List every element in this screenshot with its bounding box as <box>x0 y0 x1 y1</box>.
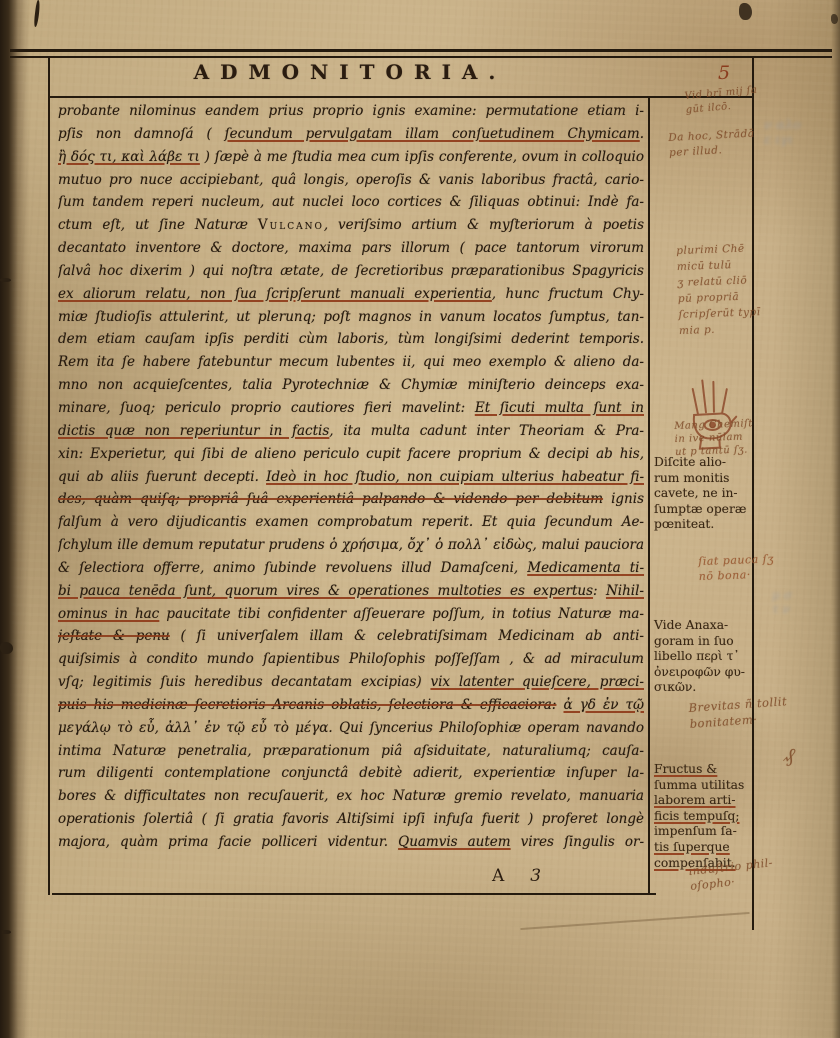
scanned-book-page: ADMONITORIA. 5 probante nilominus eandem… <box>0 0 840 1038</box>
body-line: decantato inventore & doctore, maxima pa… <box>58 237 644 260</box>
printed-margin-note: Vide Anaxa-goram in ſuolibello περὶ τ᾽ὀν… <box>654 618 750 696</box>
body-line: falſum à vero dijudicantis examen compro… <box>58 511 644 534</box>
handwritten-line: ſcripſerūt typī <box>678 304 761 323</box>
handwritten-line: ſiat pauca ſʒ <box>698 551 774 569</box>
handwritten-note: ₰ <box>783 744 796 765</box>
top-rule-outer <box>10 49 832 52</box>
body-line: dictis quæ non reperiuntur in factis, it… <box>58 420 644 443</box>
body-text-segment: majora, quàm prima facie polliceri viden… <box>58 834 398 850</box>
body-line: intima Naturæ penetralia, præparationum … <box>58 740 644 763</box>
body-text-segment: ) ſæpè à me ſtudia mea cum ipſis confere… <box>200 149 644 165</box>
body-text-segment: mutuo pro nuce accipiebant, quâ longis, … <box>58 172 644 188</box>
signature-letter: A <box>492 866 504 886</box>
body-line: ſalvâ hoc dixerim ) qui noſtra ætate, de… <box>58 260 644 283</box>
handwritten-note: Mang Chemiſtin ive nūlamut p tantū ſʒ. <box>674 417 754 459</box>
body-line: puis his medicinæ ſecretioris Arcanis ob… <box>58 694 644 717</box>
body-line: miæ ſtudioſis attulerint, ut plerunq; po… <box>58 306 644 329</box>
margin-note-line: tis ſuperque <box>654 840 750 856</box>
bleedthrough-line: ε ιγι <box>764 133 801 148</box>
body-line: minare, ſuoq; periculo proprio cautiores… <box>58 397 644 420</box>
left-frame-rule <box>48 58 50 895</box>
handwritten-note: Vid brī mij ſagūt ilcō. <box>684 84 759 118</box>
annotated-text: puis his medicinæ ſecretioris Arcanis ob… <box>58 697 556 713</box>
body-text-segment: vſq; legitimis ſuis heredibus decantatam… <box>58 674 430 690</box>
body-text-segment: mno non acquieſcentes, talia Pyrotechniæ… <box>58 377 644 393</box>
handwritten-line: per illud. <box>669 141 756 160</box>
handwritten-note: Da hoc, Strādāper illud. <box>668 126 756 160</box>
margin-note-line: ſumma utilitas <box>654 778 750 794</box>
body-line: majora, quàm prima facie polliceri viden… <box>58 831 644 854</box>
annotated-text: μεγάλῳ τὸ εὖ, ἀλλ᾽ ἐν τῷ εὖ τὸ μέγα. <box>58 720 333 736</box>
annotated-text: ὁ χρήσιμα, ὄχ᾽ ὁ πολλ᾽ εἰδὼς <box>329 537 532 553</box>
edge-mark-3 <box>2 930 11 934</box>
body-text: probante nilominus eandem prius proprio … <box>58 100 644 858</box>
body-text-segment: decantato inventore & doctore, maxima pa… <box>58 240 644 256</box>
annotated-text: ex aliorum relatu, non ſua ſcripſerunt m… <box>58 286 492 302</box>
body-line: bores & difficultates non recuſauerit, e… <box>58 785 644 808</box>
body-text-segment: pſis non damnoſá ( <box>58 126 225 142</box>
body-line: & ſelectiora offerre, animo ſubinde revo… <box>58 557 644 580</box>
body-text-segment: : <box>593 583 606 599</box>
body-text-segment <box>556 697 563 713</box>
body-text-segment: Rem ita ſe habere fatebuntur mecum luben… <box>58 354 644 370</box>
body-text-segment: ſum tandem reperi nucleum, aut nuclei lo… <box>58 194 644 210</box>
body-text-segment: probante nilominus eandem prius proprio … <box>58 103 644 119</box>
bleedthrough-line: μ σ <box>772 588 792 602</box>
body-text-segment: qui ab aliis fuerunt decepti. <box>58 469 266 485</box>
top-rule-inner <box>10 56 832 58</box>
handwritten-line: mia p. <box>679 320 762 339</box>
body-text-segment: rum diligenti contemplatione conjunctâ d… <box>58 765 644 781</box>
body-line: ctum eſt, ut ſine Naturæ Vulcano, veriſs… <box>58 214 644 237</box>
edge-mark-2 <box>0 642 13 654</box>
body-line: μεγάλῳ τὸ εὖ, ἀλλ᾽ ἐν τῷ εὖ τὸ μέγα. Qui… <box>58 717 644 740</box>
annotated-text: ἢ δός τι, καὶ λάβε τι <box>58 149 200 165</box>
body-text-segment: bores & difficultates non recuſauerit, e… <box>58 788 644 804</box>
margin-note-line: ficis tempuſq; <box>654 809 750 825</box>
body-line: ſum tandem reperi nucleum, aut nuclei lo… <box>58 191 644 214</box>
body-text-segment: , malui pauciora <box>533 537 645 553</box>
body-text-segment: , hunc fructum Chy- <box>492 286 644 302</box>
ink-stroke-top-left <box>33 0 40 27</box>
printed-margin-note: Diſcite alio-rum monitiscavete, ne in-ſu… <box>654 455 750 533</box>
bleedthrough-line: τ ν <box>772 602 792 616</box>
ink-blot-top-right <box>739 3 752 20</box>
body-text-segment: ſalvâ hoc dixerim ) qui noſtra ætate, de… <box>58 263 644 279</box>
annotated-text: Medicamenta ti- <box>527 560 644 576</box>
margin-note-line: Vide Anaxa- <box>654 618 750 634</box>
body-line: quiſsimis à condito mundo ſapientibus Ph… <box>58 648 644 671</box>
body-text-segment: dem etiam cauſam ipſis perditi cùm labor… <box>58 331 644 347</box>
body-line: mutuo pro nuce accipiebant, quâ longis, … <box>58 169 644 192</box>
page-number: 5 <box>718 62 730 84</box>
edge-mark-1 <box>0 278 11 282</box>
margin-note-line: cavete, ne in- <box>654 486 750 502</box>
margin-note-line: σικῶν. <box>654 680 750 696</box>
signature-mark: A3 <box>492 866 541 886</box>
handwritten-note: ſiat pauca ſʒnō bona· <box>698 551 775 584</box>
body-text-segment: falſum à vero dijudicantis examen compro… <box>58 514 644 530</box>
margin-note-line: ὀνειροφῶν φυ- <box>654 665 750 681</box>
body-text-segment: , ita multa cadunt inter Theoriam & Pra- <box>329 423 644 439</box>
body-text-segment: ſchylum ille demum reputatur prudens <box>58 537 329 553</box>
annotated-text: ominus in hac <box>58 606 159 622</box>
body-line: pſis non damnoſá ( ſecundum pervulgatam … <box>58 123 644 146</box>
bottom-rule <box>52 893 656 895</box>
body-line: qui ab aliis fuerunt decepti. Ideò in ho… <box>58 466 644 489</box>
body-line: ex aliorum relatu, non ſua ſcripſerunt m… <box>58 283 644 306</box>
handwritten-line: nō bona· <box>699 566 775 584</box>
body-text-segment: paucitate tibi confidenter aſſeuerare po… <box>159 606 644 622</box>
body-line: des, quàm quiſq; propriâ ſuâ experientiâ… <box>58 488 644 511</box>
ink-nick-right-edge <box>831 14 838 24</box>
body-line: probante nilominus eandem prius proprio … <box>58 100 644 123</box>
body-line: ἢ δός τι, καὶ λάβε τι ) ſæpè à me ſtudia… <box>58 146 644 169</box>
margin-note-line: laborem arti- <box>654 793 750 809</box>
body-line: vſq; legitimis ſuis heredibus decantatam… <box>58 671 644 694</box>
margin-note-line: goram in ſuo <box>654 634 750 650</box>
body-text-segment: Qui ſyncerius Philoſophiæ operam navando <box>333 720 644 736</box>
body-line: Rem ita ſe habere fatebuntur mecum luben… <box>58 351 644 374</box>
signature-number: 3 <box>530 866 541 886</box>
handwritten-line: ʒ relatū cliō <box>677 272 760 291</box>
margin-note-line: ſumptæ operæ <box>654 502 750 518</box>
bleedthrough-smudge: ν αλοε ιγι <box>764 118 801 148</box>
handwritten-note: plurimi Chēmicū tulūʒ relatū cliōpū prop… <box>676 240 761 339</box>
handwritten-note: Brevitas ñ tollitbonitatem· <box>688 693 789 732</box>
body-text-segment: intima Naturæ penetralia, præparationum … <box>58 743 644 759</box>
body-text-segment: & ſelectiora offerre, animo ſubinde revo… <box>58 560 527 576</box>
annotated-text: jeſtate & penu <box>58 628 170 644</box>
handwritten-line: ₰ <box>783 744 796 765</box>
body-text-segment: operationis ſolertiâ ( ſi gratia favoris… <box>58 811 644 827</box>
annotated-text: bi pauca tenēda ſunt, quorum vires & ope… <box>58 583 593 599</box>
margin-note-line: rum monitis <box>654 471 750 487</box>
page-title: ADMONITORIA. <box>194 60 507 84</box>
margin-note-line: pœniteat. <box>654 517 750 533</box>
bleedthrough-line: ν αλο <box>764 118 801 133</box>
body-line: jeſtate & penu ( ſi univerſalem illam & … <box>58 625 644 648</box>
annotated-text: ἀ γδ ἐν τῷ <box>564 697 645 713</box>
body-text-segment: miæ ſtudioſis attulerint, ut plerunq; po… <box>58 309 644 325</box>
book-gutter-shadow <box>0 0 30 1038</box>
outer-right-rule <box>752 58 754 930</box>
body-line: bi pauca tenēda ſunt, quorum vires & ope… <box>58 580 644 603</box>
body-text-segment: xin: Experietur, qui ſibi de alieno peri… <box>58 446 644 462</box>
printed-margin-note: Fructus &ſumma utilitaslaborem arti-fici… <box>654 762 750 871</box>
annotated-text: Et ſicuti multa ſunt in <box>475 400 644 416</box>
body-line: dem etiam cauſam ipſis perditi cùm labor… <box>58 328 644 351</box>
running-head: ADMONITORIA. <box>50 60 650 84</box>
body-line: mno non acquieſcentes, talia Pyrotechniæ… <box>58 374 644 397</box>
margin-note-line: libello περὶ τ᾽ <box>654 649 750 665</box>
body-text-segment: . <box>640 126 644 142</box>
margin-note-line: Fructus & <box>654 762 750 778</box>
annotated-text: Nihil- <box>606 583 644 599</box>
page-right-edge <box>831 0 840 1038</box>
body-line: operationis ſolertiâ ( ſi gratia favoris… <box>58 808 644 831</box>
body-text-segment: , veriſsimo artium & myſteriorum à poeti… <box>324 217 644 233</box>
body-text-segment: ( ſi univerſalem illam & celebratiſsimam… <box>170 628 644 644</box>
margin-note-line: impenſum ſa- <box>654 824 750 840</box>
handwritten-line: ut p tantū ſʒ. <box>675 443 754 459</box>
bleedthrough-smudge: μ στ ν <box>772 588 792 616</box>
annotated-text: Vulcano <box>258 217 324 233</box>
body-line: xin: Experietur, qui ſibi de alieno peri… <box>58 443 644 466</box>
annotated-text: vix latenter quieſcere, præci- <box>430 674 644 690</box>
body-text-segment: ctum eſt, ut ſine Naturæ <box>58 217 258 233</box>
annotated-text: Quamvis autem <box>398 834 510 850</box>
body-line: ominus in hac paucitate tibi confidenter… <box>58 603 644 626</box>
body-text-segment: ignis <box>603 491 644 507</box>
annotated-text: des, quàm quiſq; propriâ ſuâ experientiâ… <box>58 491 603 507</box>
paper-crease <box>520 912 750 930</box>
body-text-segment: vires ſingulis or- <box>511 834 644 850</box>
body-text-segment: quiſsimis à condito mundo ſapientibus Ph… <box>58 651 644 667</box>
annotated-text: Ideò in hoc ſtudio, non cuipiam ulterius… <box>266 469 644 485</box>
annotated-text: ſecundum pervulgatam illam conſuetudinem… <box>225 126 640 142</box>
body-line: rum diligenti contemplatione conjunctâ d… <box>58 762 644 785</box>
annotated-text: dictis quæ non reperiuntur in factis <box>58 423 329 439</box>
body-line: ſchylum ille demum reputatur prudens ὁ χ… <box>58 534 644 557</box>
text-block-right-rule <box>648 96 650 895</box>
body-text-segment: minare, ſuoq; periculo proprio cautiores… <box>58 400 475 416</box>
